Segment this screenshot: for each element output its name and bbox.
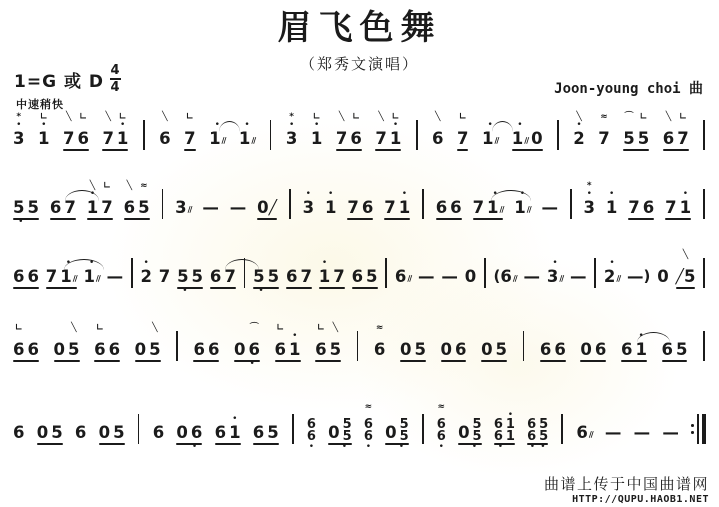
beat-group: — — [542, 181, 559, 226]
octave-dots-below — [547, 289, 563, 295]
note: •1∕∕ — [487, 181, 503, 217]
pitch: 6 — [350, 129, 361, 148]
note-row: — — [605, 406, 622, 442]
articulation-mark: ≈ — [376, 323, 384, 334]
octave-dots-below — [215, 445, 241, 451]
pitch-digit: 2 — [604, 267, 615, 286]
note-row: *•3 — [286, 112, 297, 148]
note: 5 — [13, 181, 24, 217]
articulation-mark: ╲ — [339, 112, 344, 123]
pitch: 0 — [458, 423, 469, 442]
note: 66 — [307, 402, 316, 442]
pitch-digit: 5 — [253, 267, 264, 286]
beat-group: ╲╱5 — [676, 250, 696, 295]
note: *•3 — [584, 181, 595, 217]
barline — [138, 414, 140, 444]
beat-group: ╲7∟•1 — [102, 112, 128, 157]
pitch-digit: 1 — [117, 129, 128, 148]
pitch: 6 — [286, 267, 297, 286]
note: •1 — [325, 181, 336, 217]
pitch: 1 — [117, 129, 128, 148]
open-paren: ( — [494, 267, 501, 286]
pitch: 0 — [234, 340, 245, 359]
note: ⌒6 — [248, 323, 259, 359]
note-row: 67 — [286, 250, 312, 286]
pitch: 7 — [677, 129, 688, 148]
note: 6 — [253, 406, 264, 442]
pitch: 0 — [400, 340, 411, 359]
pitch-digit: 5 — [268, 267, 279, 286]
articulation-mark: ╲ — [666, 112, 671, 123]
pitch-digit: 3 — [286, 129, 297, 148]
beat-group: 055• — [458, 402, 482, 451]
octave-dot-below: • — [182, 289, 187, 295]
end-repeat-barline — [691, 414, 706, 444]
note: ╲5 — [68, 323, 79, 359]
pitch: 6 — [191, 423, 202, 442]
pitch-digit: 6 — [352, 267, 363, 286]
pitch: (6∕∕ — [494, 267, 517, 286]
note: 6 — [208, 323, 219, 359]
chord-bottom: 6 — [364, 431, 373, 443]
octave-dots-below — [663, 151, 689, 157]
beat-group: •1∕∕ — [209, 112, 225, 157]
music-line: ∟660╲5∟660╲5660⌒6•∟6•1∟6╲5≈605060566066•… — [13, 323, 706, 368]
beat-group: •1 — [325, 181, 336, 226]
note: ╲╱5 — [676, 250, 696, 286]
pitch: 6 — [13, 340, 24, 359]
pitch-digit: 0 — [176, 423, 187, 442]
note-row: — — [202, 181, 219, 217]
beat-group: ∟•1 — [38, 112, 49, 157]
note: ╲7 — [336, 112, 347, 148]
beat-group: 6 — [153, 406, 164, 451]
beat-group: 76 — [347, 181, 373, 226]
tremolo-mark: ∕∕ — [407, 272, 411, 286]
tremolo-mark: ∕∕ — [527, 203, 531, 217]
beat-group: 0 — [657, 250, 668, 295]
barline — [557, 120, 559, 150]
pitch-digit: 6 — [159, 129, 170, 148]
key-signature: 1=G 或 D 4 4 — [14, 64, 121, 94]
note: 5 — [192, 250, 203, 286]
note: ∟6 — [275, 323, 286, 359]
beat-group: •1∕∕ — [514, 181, 530, 226]
pitch-digit: 7 — [677, 129, 688, 148]
octave-dots-below — [159, 289, 170, 295]
pitch: 55 — [473, 419, 482, 442]
octave-dots-below — [13, 362, 39, 368]
note-row: •1∕∕0 — [512, 112, 543, 148]
pitch: 0 — [465, 267, 476, 286]
beat-group: •2 — [140, 250, 151, 295]
octave-dots-below — [83, 289, 99, 295]
pitch-digit: 1 — [487, 198, 498, 217]
beat-group: •1∕∕ — [482, 112, 498, 157]
note: — — [107, 250, 124, 286]
repeat-dots — [691, 424, 694, 433]
pitch: 5 — [496, 340, 507, 359]
octave-dot-below: • — [530, 445, 535, 451]
barline — [523, 331, 525, 361]
articulation-mark: ≈ — [365, 402, 373, 413]
note: ≈66 — [364, 402, 373, 442]
pitch: 7 — [64, 198, 75, 217]
pitch-digit: 0 — [458, 423, 469, 442]
barline — [484, 258, 486, 288]
beat-group: —) — [627, 250, 650, 295]
note: •1 — [606, 181, 617, 217]
pitch: 6 — [75, 423, 86, 442]
note: 6 — [13, 406, 24, 442]
chord-stack: 66 — [494, 419, 503, 442]
pitch: 6 — [352, 267, 363, 286]
pitch: 55 — [400, 419, 409, 442]
beat-group: 0⌒6• — [234, 323, 260, 368]
pitch-digit: 6 — [455, 340, 466, 359]
pitch: 6 — [13, 423, 24, 442]
pitch-digit: 0 — [328, 423, 339, 442]
pitch-digit: 5 — [638, 129, 649, 148]
octave-dots-below — [124, 220, 150, 226]
pitch-digit: 5 — [149, 340, 160, 359]
octave-dots-below — [63, 151, 89, 157]
note-row: ╲•2 — [573, 112, 584, 148]
pitch: — — [418, 267, 435, 286]
pitch-digit: 0 — [531, 129, 542, 148]
note: ∟7 — [184, 112, 195, 148]
beat-group: 76 — [628, 181, 654, 226]
beat-group: 65 — [662, 323, 688, 368]
pitch: 2∕∕ — [604, 267, 620, 286]
beat-group: 7•1 — [665, 181, 691, 226]
note: 0 — [580, 323, 591, 359]
pitch-digit: 7 — [46, 267, 57, 286]
pitch: — — [662, 423, 679, 442]
note-row: ╲7∟6 — [63, 112, 89, 148]
note: *•3 — [286, 112, 297, 148]
pitch-digit: 1 — [635, 340, 646, 359]
note-row: ╲6 — [432, 112, 443, 148]
note-row: ∟66 — [13, 323, 39, 359]
barline — [131, 258, 133, 288]
beat-group: ≈6 — [374, 323, 385, 368]
beat-group: 3∕∕ — [175, 181, 191, 226]
pitch-digit: 6 — [13, 340, 24, 359]
note: 6 — [554, 323, 565, 359]
pitch: 7 — [375, 129, 386, 148]
beat-group: *•3 — [286, 112, 297, 157]
articulation-mark: ╲ — [435, 112, 440, 123]
note: 6 — [662, 323, 673, 359]
note: 55 — [473, 402, 482, 442]
pitch: 0 — [580, 340, 591, 359]
music-line: *•3∟•1╲7∟6╲7∟•1╲6∟7•1∕∕•1∕∕*•3∟•1╲7∟6╲7∟… — [13, 112, 706, 157]
note: 7 — [159, 250, 170, 286]
pitch-digit: 6 — [643, 198, 654, 217]
octave-dots-below: • — [13, 220, 39, 226]
octave-dots-below: • — [364, 445, 373, 451]
chord-bottom: 6 — [527, 431, 536, 443]
note: •3∕∕ — [547, 250, 563, 286]
beat-group: 66•11• — [494, 402, 515, 451]
beat-group: •3 — [303, 181, 314, 226]
beat-group: •3∕∕ — [547, 250, 563, 295]
note-row: 67 — [210, 250, 236, 286]
pitch: 5 — [149, 340, 160, 359]
tremolo-mark: ∕∕ — [494, 134, 498, 148]
pitch-digit: 6 — [191, 423, 202, 442]
pitch-digit: 7 — [628, 198, 639, 217]
octave-dots-below — [418, 289, 435, 295]
octave-dots-below — [621, 362, 647, 368]
octave-dots-below — [580, 362, 606, 368]
note: ╲•2 — [573, 112, 584, 148]
beat-group: 055• — [328, 402, 352, 451]
octave-dot-below: • — [192, 445, 197, 451]
pitch-digit: 6 — [595, 340, 606, 359]
note-row: 0╲5 — [54, 323, 80, 359]
octave-dots-below — [140, 289, 151, 295]
composer-credit: Joon-young choi 曲 — [554, 78, 703, 98]
pitch: 1∕∕ — [83, 267, 99, 286]
octave-dots-below — [286, 289, 312, 295]
pitch-digit: 1 — [512, 129, 523, 148]
octave-dot-below: • — [540, 445, 545, 451]
pitch: 6 — [27, 340, 38, 359]
note: 5 — [51, 406, 62, 442]
pitch: 66 — [437, 419, 446, 442]
note: 6 — [75, 406, 86, 442]
beat-group: 06 — [580, 323, 606, 368]
pitch-digit: 0 — [37, 423, 48, 442]
octave-dots-below: • — [494, 445, 515, 451]
pitch: 3 — [303, 198, 314, 217]
note: ∟6 — [350, 112, 361, 148]
beat-group: 6 — [75, 406, 86, 451]
barline — [570, 189, 572, 219]
thin-barline — [697, 414, 699, 444]
beat-group: ∟7 — [184, 112, 195, 157]
note-row: ╲7∟6 — [336, 112, 362, 148]
octave-dots-below — [175, 220, 191, 226]
beat-group: 7•1∕∕ — [46, 250, 77, 295]
pitch-digit: 0 — [257, 198, 268, 217]
octave-dots-below — [50, 220, 76, 226]
beat-group: 06 — [441, 323, 467, 368]
beat-group: 05 — [99, 406, 125, 451]
barline — [422, 414, 424, 444]
pitch-digit: — — [418, 267, 435, 286]
pitch: 5 — [113, 423, 124, 442]
note: 0 — [481, 323, 492, 359]
barline — [561, 414, 563, 444]
note: ∟6 — [94, 323, 105, 359]
note: 5 — [113, 406, 124, 442]
tremolo-mark: ∕∕ — [73, 272, 77, 286]
pitch: 5 — [267, 423, 278, 442]
tremolo-mark: ∕∕ — [96, 272, 100, 286]
pitch: 7 — [224, 267, 235, 286]
note-row: •17 — [319, 250, 345, 286]
pitch-digit: 6 — [450, 198, 461, 217]
note: •1 — [680, 181, 691, 217]
chord-bottom: 6 — [307, 431, 316, 443]
note: ∟•1 — [117, 112, 128, 148]
octave-dot-below: • — [498, 445, 503, 451]
beat-group: •2∕∕ — [604, 250, 620, 295]
pitch: 0 — [37, 423, 48, 442]
octave-dots-below — [275, 362, 301, 368]
note: 0 — [441, 323, 452, 359]
note-row: ╲7∟•1 — [102, 112, 128, 148]
pitch: 0 — [54, 340, 65, 359]
note-row: —) — [627, 250, 650, 286]
pitch: 0 — [481, 340, 492, 359]
pitch: 3 — [286, 129, 297, 148]
pitch: 5 — [638, 129, 649, 148]
footer: 曲谱上传于中国曲谱网 HTTP://QUPU.HAOB1.NET — [544, 475, 709, 506]
octave-dot-below: • — [309, 445, 314, 451]
note: 0 — [176, 406, 187, 442]
octave-dots-below — [524, 289, 541, 295]
pitch-digit: 1 — [325, 198, 336, 217]
pitch-digit: 6 — [253, 423, 264, 442]
octave-dots-below — [209, 151, 225, 157]
beat-group: 0╱ — [257, 181, 277, 226]
note: 7 — [300, 250, 311, 286]
pitch: 1 — [635, 340, 646, 359]
octave-dots-below — [605, 445, 622, 451]
pitch: 7 — [333, 267, 344, 286]
note: •1∕∕ — [209, 112, 225, 148]
beat-group: ∟•1 — [311, 112, 322, 157]
note: 6 — [27, 323, 38, 359]
pitch-digit: — — [230, 198, 247, 217]
octave-dots-below — [257, 220, 277, 226]
pitch-digit: 5 — [51, 423, 62, 442]
beat-group: 0 — [465, 250, 476, 295]
pitch-digit: 6 — [275, 340, 286, 359]
pitch-digit: 5 — [113, 423, 124, 442]
note-row: 7•1∕∕ — [46, 250, 77, 286]
note-row: •1∕∕ — [514, 181, 530, 217]
note-row: 05 — [400, 323, 426, 359]
octave-dot-below: • — [366, 445, 371, 451]
octave-dots-below: • — [177, 289, 203, 295]
barline — [162, 189, 164, 219]
note: ≈66 — [437, 402, 446, 442]
barline — [244, 258, 246, 288]
articulation-mark: ╲ — [71, 323, 76, 334]
articulation-mark: ∟ — [352, 112, 360, 123]
note-row: — — [662, 406, 679, 442]
note-row: 0 — [657, 250, 668, 286]
pitch-digit: 5 — [330, 340, 341, 359]
pitch: 0╱ — [257, 198, 277, 217]
pitch-digit: 1 — [514, 198, 525, 217]
octave-dots-below — [400, 362, 426, 368]
note: 6 — [109, 323, 120, 359]
octave-dots-below — [628, 220, 654, 226]
pitch-digit: 6 — [374, 340, 385, 359]
note: 6 — [193, 323, 204, 359]
pitch-digit: 6 — [193, 340, 204, 359]
pitch-digit: 6 — [27, 267, 38, 286]
beat-group: 55• — [177, 250, 203, 295]
note: •2∕∕ — [604, 250, 620, 286]
octave-dots-below — [153, 445, 164, 451]
note-row: 0╲5 — [135, 323, 161, 359]
note: — — [662, 406, 679, 442]
beat-group: 66 — [436, 181, 462, 226]
pitch: 2 — [573, 129, 584, 148]
pitch-digit: 6 — [215, 423, 226, 442]
pitch: 7 — [628, 198, 639, 217]
octave-dots-below — [662, 362, 688, 368]
pitch-digit: 1 — [289, 340, 300, 359]
pitch: — — [634, 423, 651, 442]
beat-group: 66 — [13, 250, 39, 295]
note: •1∕∕ — [514, 181, 530, 217]
note-row: ╲•1∟7 — [87, 181, 113, 217]
articulation-mark: ⌒ — [625, 112, 634, 123]
note-row: 7•1∕∕ — [473, 181, 504, 217]
note-row: •1∕∕ — [209, 112, 225, 148]
note: 66 — [494, 402, 503, 442]
pitch-digit: 1 — [606, 198, 617, 217]
note-row: 055 — [385, 402, 409, 442]
note: 55 — [400, 402, 409, 442]
octave-dots-below — [54, 362, 80, 368]
beat-group: — — [605, 406, 622, 451]
repeat-dot — [691, 424, 694, 427]
pitch-digit: 6 — [77, 129, 88, 148]
note-row: ╲╱5 — [676, 250, 696, 286]
pitch: 6 — [362, 198, 373, 217]
beat-group: — — [524, 250, 541, 295]
octave-dots-below — [347, 220, 373, 226]
octave-dot-below: • — [439, 445, 444, 451]
note: ╲6 — [124, 181, 135, 217]
tremolo-mark: ∕∕ — [222, 134, 226, 148]
note: ∟6 — [13, 323, 24, 359]
beat-group: 05 — [37, 406, 63, 451]
pitch-digit: 7 — [184, 129, 195, 148]
beat-group: ∟6╲5 — [315, 323, 341, 368]
note: 7 — [347, 181, 358, 217]
note-row: ╲6≈5 — [124, 181, 150, 217]
pitch: 6 — [432, 129, 443, 148]
pitch: 7 — [384, 198, 395, 217]
articulation-mark: ∟ — [459, 112, 467, 123]
octave-dot-below: • — [18, 220, 23, 226]
beat-group: — — [107, 250, 124, 295]
note-row: — — [542, 181, 559, 217]
note: 0 — [657, 250, 668, 286]
pitch: 6 — [450, 198, 461, 217]
pitch: 0 — [385, 423, 396, 442]
pitch-digit: 0 — [135, 340, 146, 359]
note: — — [634, 406, 651, 442]
octave-dots-below — [13, 289, 39, 295]
note: (6∕∕ — [494, 250, 517, 286]
articulation-mark: ∟ — [186, 112, 194, 123]
pitch: 6 — [94, 340, 105, 359]
barline — [594, 258, 596, 288]
pitch: 3 — [13, 129, 24, 148]
note-row: 6•1 — [621, 323, 647, 359]
